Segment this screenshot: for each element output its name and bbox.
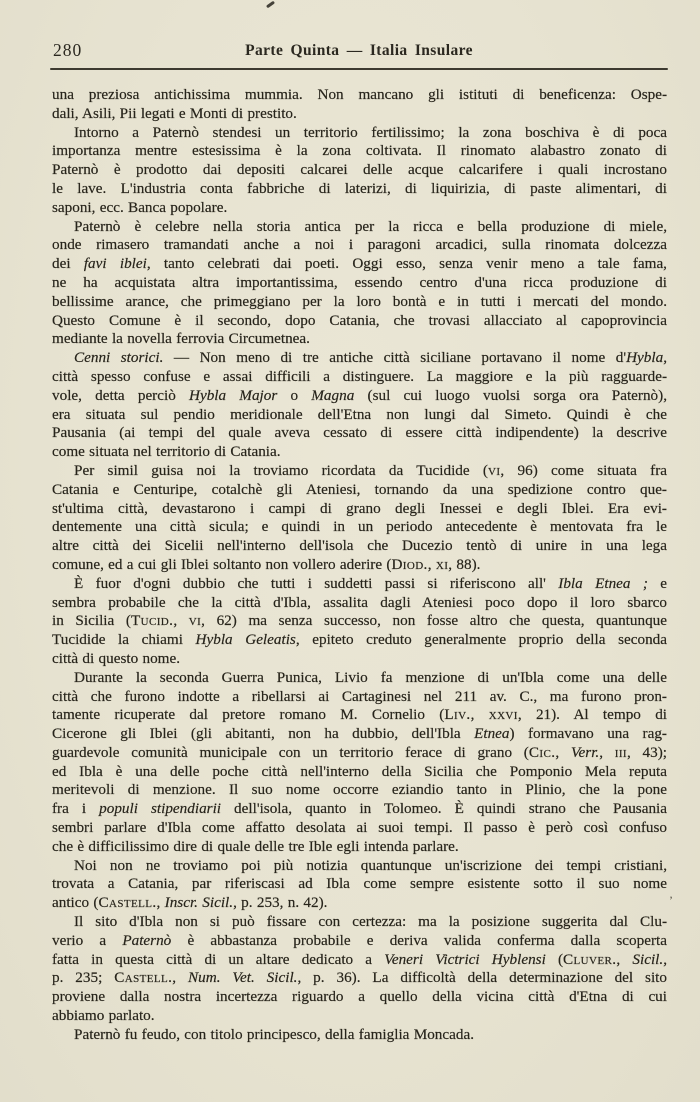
- text-line: Tucidide la chiami Hybla Geleatis, epite…: [52, 631, 667, 650]
- text-line: vole, detta perciò Hybla Major o Magna (…: [52, 387, 667, 406]
- paragraph: Paternò fu feudo, con titolo principesco…: [52, 1026, 667, 1045]
- paragraph: Per simil guisa noi la troviamo ricordat…: [52, 462, 667, 575]
- text-line: ed Ibla è una delle poche città nell'int…: [52, 763, 667, 782]
- text-line: st'ultima città, devastarono i campi di …: [52, 500, 667, 519]
- text-block: una preziosa antichissima mummia. Non ma…: [52, 86, 667, 1045]
- text-line: una preziosa antichissima mummia. Non ma…: [52, 86, 667, 105]
- text-line: le lave. L'industria conta fabbriche di …: [52, 180, 667, 199]
- paragraph: Intorno a Paternò stendesi un territorio…: [52, 124, 667, 218]
- ink-mark: [266, 1, 275, 9]
- text-line: dali, Asili, Pii legati e Monti di prest…: [52, 105, 667, 124]
- text-line: dentemente una città sicula; e quindi in…: [52, 518, 667, 537]
- paragraph: Durante la seconda Guerra Punica, Livio …: [52, 669, 667, 857]
- text-line: Durante la seconda Guerra Punica, Livio …: [52, 669, 667, 688]
- text-line: comune, ed a cui gli Iblei soltanto non …: [52, 556, 667, 575]
- book-page: 280 Parte Quinta — Italia Insulare una p…: [0, 0, 700, 1102]
- text-line: Noi non ne troviamo poi più notizia quan…: [52, 857, 667, 876]
- text-line: altre città dei Sicelii nell'interno del…: [52, 537, 667, 556]
- text-line: Paternò è celebre nella storia antica pe…: [52, 218, 667, 237]
- text-line: Paternò è prodotto dai depositi calcarei…: [52, 161, 667, 180]
- text-line: Questo Comune è il secondo, dopo Catania…: [52, 312, 667, 331]
- text-line: proviene dalla nostra incertezza riguard…: [52, 988, 667, 1007]
- text-line: bellissime arance, che primeggiano per l…: [52, 293, 667, 312]
- text-line: mediante la novella ferrovia Circumetnea…: [52, 330, 667, 349]
- paragraph: una preziosa antichissima mummia. Non ma…: [52, 86, 667, 124]
- text-line: Catania e Centuripe, cotalchè gli Atenie…: [52, 481, 667, 500]
- text-line: sembra probabile che la città d'Ibla, as…: [52, 594, 667, 613]
- text-line: onde rimasero tramandati anche a noi i p…: [52, 236, 667, 255]
- text-line: che è difficilissimo dire di quale delle…: [52, 838, 667, 857]
- text-line: Intorno a Paternò stendesi un territorio…: [52, 124, 667, 143]
- text-line: Pausania (ai tempi del quale aveva cessa…: [52, 424, 667, 443]
- text-line: città spesso confuse e assai difficili a…: [52, 368, 667, 387]
- header-rule: [50, 68, 668, 70]
- text-line: meritevoli di menzione. Il suo nome occo…: [52, 781, 667, 800]
- page-header: 280 Parte Quinta — Italia Insulare: [52, 40, 666, 64]
- text-line: fra i populi stipendiarii dell'isola, qu…: [52, 800, 667, 819]
- text-line: p. 235; Castell., Num. Vet. Sicil., p. 3…: [52, 969, 667, 988]
- paragraph: Paternò è celebre nella storia antica pe…: [52, 218, 667, 350]
- text-line: era situata sul pendio meridionale dell'…: [52, 406, 667, 425]
- paragraph: È fuor d'ogni dubbio che tutti i suddett…: [52, 575, 667, 669]
- paragraph: Cenni storici. — Non meno di tre antiche…: [52, 349, 667, 462]
- text-line: saponi, ecc. Banca popolare.: [52, 199, 667, 218]
- text-line: Paternò fu feudo, con titolo principesco…: [52, 1026, 667, 1045]
- paragraph: Noi non ne troviamo poi più notizia quan…: [52, 857, 667, 913]
- text-line: guardevole comunità municipale con un te…: [52, 744, 667, 763]
- text-line: Cenni storici. — Non meno di tre antiche…: [52, 349, 667, 368]
- text-line: Cicerone gli Iblei (gli abitanti, non ha…: [52, 725, 667, 744]
- margin-ink-mark: ’: [669, 893, 673, 908]
- text-line: città che furono indotte a ribellarsi ai…: [52, 688, 667, 707]
- text-line: come situata nel territorio di Catania.: [52, 443, 667, 462]
- text-line: Il sito d'Ibla non si può fissare con ce…: [52, 913, 667, 932]
- text-line: sembri parlare d'Ibla come affatto desol…: [52, 819, 667, 838]
- text-line: verio a Paternò è abbastanza probabile e…: [52, 932, 667, 951]
- running-title: Parte Quinta — Italia Insulare: [52, 42, 666, 60]
- paragraph: Il sito d'Ibla non si può fissare con ce…: [52, 913, 667, 1026]
- text-line: trovata a Catania, par riferiscasi ad Ib…: [52, 875, 667, 894]
- text-line: antico (Castell., Inscr. Sicil., p. 253,…: [52, 894, 667, 913]
- text-line: dei favi iblei, tanto celebrati dai poet…: [52, 255, 667, 274]
- text-line: abbiamo parlato.: [52, 1007, 667, 1026]
- text-line: È fuor d'ogni dubbio che tutti i suddett…: [52, 575, 667, 594]
- text-line: città di questo nome.: [52, 650, 667, 669]
- text-line: fatta in questa città di un altare dedic…: [52, 951, 667, 970]
- text-line: ne ha acquistata altra importantissima, …: [52, 274, 667, 293]
- text-line: in Sicilia (Tucid., vi, 62) ma senza suc…: [52, 612, 667, 631]
- text-line: importanza mentre estesissima è la zona …: [52, 142, 667, 161]
- text-line: Per simil guisa noi la troviamo ricordat…: [52, 462, 667, 481]
- text-line: tamente ricuperate dal pretore romano M.…: [52, 706, 667, 725]
